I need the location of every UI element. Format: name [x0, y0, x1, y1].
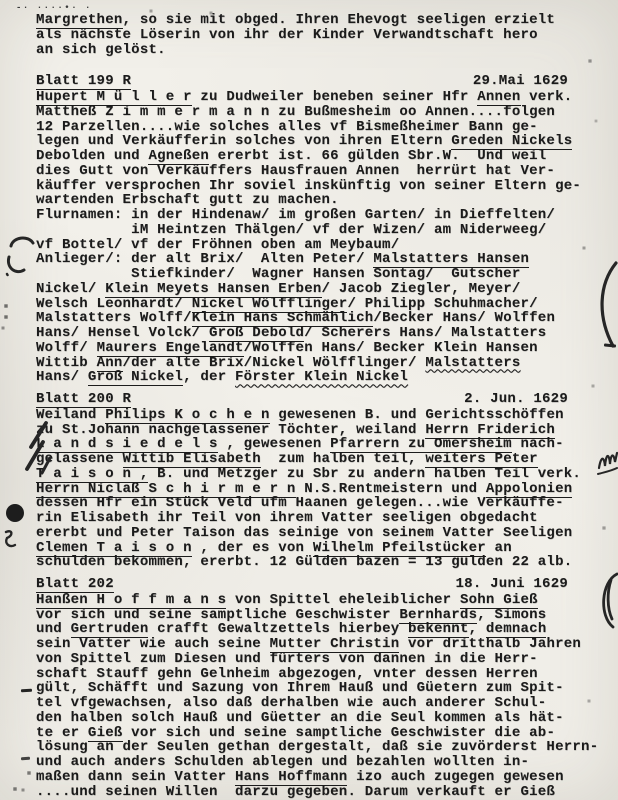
text-line: und auch anders Schulden ablegen und bez…: [36, 755, 582, 770]
entry-date: 29.Mai 1629: [473, 74, 568, 90]
text-line: Flurnamen: in der Hindenaw/ im großen Ga…: [36, 208, 582, 223]
text-line: tel vfgewachsen, also daß derhalben wie …: [36, 696, 582, 711]
left-margin-dash: [21, 689, 32, 693]
text-line: als nächste Löserin von ihr der Kinder V…: [36, 28, 582, 43]
blatt-number: Blatt 200 R: [36, 392, 131, 408]
text-line: Nickel/ Klein Meyets Hansen Erben/ Jacob…: [36, 282, 582, 297]
text-line: Wolff/ Maurers Engelandt/Wolffen Hans/ B…: [36, 341, 582, 356]
entry-date: 2. Jun. 1629: [464, 392, 568, 408]
scanned-document-page: -· ····•· · Margrethen, so sie mit obged…: [0, 0, 618, 800]
text-line: iM Heintzen Thälgen/ vf der Wizen/ am Ni…: [36, 223, 582, 238]
scan-noise-speckles: [0, 0, 2, 2]
document-text: Margrethen, so sie mit obged. Ihren Ehev…: [36, 13, 582, 799]
text-line: gelassene Wittib Elisabeth zum halben te…: [36, 452, 582, 467]
text-line: L a n d s i e d e l s , gewesenen Pfarre…: [36, 437, 582, 452]
wavy-underlined-name: Malstatters: [425, 355, 520, 371]
blatt-header-row: Blatt 20218. Juni 1629: [36, 577, 582, 593]
underlined-name: Groß Nickel: [88, 369, 183, 386]
text-line: ererbt und Peter Taison das seinige von …: [36, 526, 582, 541]
text-line: schulden bekommen, ererbt. 12 Gülden baz…: [36, 555, 582, 570]
text-line: Margrethen, so sie mit obged. Ihren Ehev…: [36, 13, 582, 28]
text-line: Malstatters Wolff/Klein Hans Schmählich/…: [36, 311, 582, 326]
text-line: Clemen T a i s o n , der es von Wilhelm …: [36, 541, 582, 556]
text-line: lösung an der Seulen gethan dergestalt, …: [36, 740, 582, 755]
section-blatt-200r: Blatt 200 R2. Jun. 1629Weiland Philips K…: [36, 392, 582, 570]
section-blatt-199r: Blatt 199 R29.Mai 1629Hupert M ü l l e r…: [36, 74, 582, 385]
text-line: te er Gieß vor sich und seine samptliche…: [36, 726, 582, 741]
text-line: Wittib Ann/der alte Brix/Nickel Wölfflin…: [36, 356, 582, 371]
text-line: ....und seinen Willen darzu gegeben. Dar…: [36, 785, 582, 800]
text-line: und Gertruden crafft Gewaltzettels hierb…: [36, 622, 582, 637]
text-line: sein Vatter wie auch seine Mutter Christ…: [36, 637, 582, 652]
right-circled-letter: [599, 572, 618, 630]
text-line: schaft Stauff gehn Gelnheim abgezogen, v…: [36, 667, 582, 682]
blatt-header-row: Blatt 199 R29.Mai 1629: [36, 74, 582, 90]
text-line: dies Gutt von Verkäuffers Hausfrauen Ann…: [36, 164, 582, 179]
text-line: Hanßen H o f f m a n s von Spittel ehele…: [36, 593, 582, 608]
text-line: Hans/ Hensel Volck/ Groß Debold/ Scherer…: [36, 326, 582, 341]
text-line: zu St.Johann nachgelassener Töchter, wei…: [36, 423, 582, 438]
text-line: von Spittel zum Diesen und fürters von d…: [36, 652, 582, 667]
text-line: käuffer versprochen Ihr soviel inskünfti…: [36, 179, 582, 194]
text-line: Welsch Leonhardt/ Nickel Wölfflinger/ Ph…: [36, 297, 582, 312]
text-line: Herrn Niclaß S c h i r m e r n N.S.Rentm…: [36, 482, 582, 497]
underlined-name: Gieß: [520, 784, 555, 800]
left-curl-mark: [4, 233, 38, 279]
text-line: 12 Parzellen....wie solches alles vf Bis…: [36, 120, 582, 135]
text-line: den halben solch Hauß und Güetter an die…: [36, 711, 582, 726]
right-margin-handwriting: [597, 444, 618, 478]
left-double-slash-mark: [24, 420, 52, 476]
text-line: maßen dann sein Vatter Hans Hoffmann izo…: [36, 770, 582, 785]
text-line: wartenden Erbschaft gutt zu machen.: [36, 193, 582, 208]
text-line: gült, Schäfft und Sazung von Ihrem Hauß …: [36, 681, 582, 696]
wavy-underlined-name: Förster Klein Nickel: [235, 369, 408, 385]
text-line: Debolden und Agneßen ererbt ist. 66 güld…: [36, 149, 582, 164]
section-blatt-202: Blatt 20218. Juni 1629Hanßen H o f f m a…: [36, 577, 582, 799]
text-line: vf Bottel/ vf der Fröhnen oben am Meybau…: [36, 238, 582, 253]
entry-date: 18. Juni 1629: [456, 577, 568, 593]
text-line: Stiefkinder/ Wagner Hansen Sontag/ Gutsc…: [36, 267, 582, 282]
text-line: rin Elisabeth ihr Teil von ihrem Vatter …: [36, 511, 582, 526]
blatt-number: Blatt 202: [36, 577, 114, 593]
left-ink-dot: [2, 500, 32, 550]
text-line: an sich gelöst.: [36, 43, 582, 58]
text-line: Weiland Philips K o c h e n gewesenen B.…: [36, 408, 582, 423]
left-hook-mark: [6, 531, 15, 546]
text-line: dessen Hfr ein Stück Veld ufm Haanen gel…: [36, 496, 582, 511]
text-line: legen und Verkäufferin solches von ihren…: [36, 134, 582, 149]
text-line: Hupert M ü l l e r zu Dudweiler beneben …: [36, 90, 582, 105]
text-line: vor sich und seine samptliche Geschwiste…: [36, 608, 582, 623]
text-line: T a i s o n , B. und Metzger zu Sbr zu a…: [36, 467, 582, 482]
left-margin-dash-2: [21, 757, 30, 761]
text-line: Anlieger/: der alt Brix/ Alten Peter/ Ma…: [36, 252, 582, 267]
right-paren-mark: [597, 260, 618, 350]
text-line: Hans/ Groß Nickel, der Förster Klein Nic…: [36, 370, 582, 385]
blatt-number: Blatt 199 R: [36, 74, 131, 90]
blatt-header-row: Blatt 200 R2. Jun. 1629: [36, 392, 582, 408]
text-line: Mattheß Z i m m e r m a n n zu Bußmeshei…: [36, 105, 582, 120]
section-intro: Margrethen, so sie mit obged. Ihren Ehev…: [36, 13, 582, 57]
